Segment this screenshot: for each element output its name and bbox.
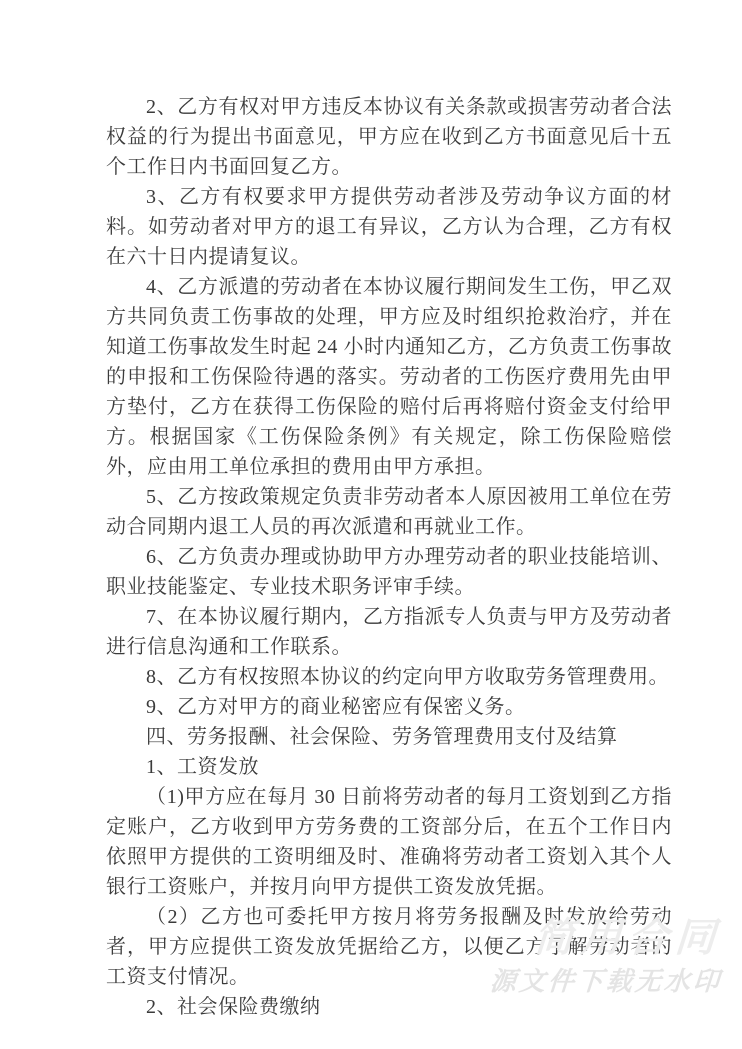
paragraph: 7、在本协议履行期内，乙方指派专人负责与甲方及劳动者进行信息沟通和工作联系。 bbox=[106, 602, 672, 662]
paragraph: （2）乙方也可委托甲方按月将劳务报酬及时发放给劳动者，甲方应提供工资发放凭据给乙… bbox=[106, 902, 672, 992]
paragraph: （1)甲方应在每月 30 日前将劳动者的每月工资划到乙方指定账户，乙方收到甲方劳… bbox=[106, 782, 672, 902]
paragraph: 4、乙方派遣的劳动者在本协议履行期间发生工伤，甲乙双方共同负责工伤事故的处理，甲… bbox=[106, 272, 672, 482]
paragraph: 8、乙方有权按照本协议的约定向甲方收取劳务管理费用。 bbox=[106, 662, 672, 692]
paragraph: 2、社会保险费缴纳 bbox=[106, 992, 672, 1022]
contract-page: 2、乙方有权对甲方违反本协议有关条款或损害劳动者合法权益的行为提出书面意见，甲方… bbox=[0, 0, 742, 1049]
paragraph: 2、乙方有权对甲方违反本协议有关条款或损害劳动者合法权益的行为提出书面意见，甲方… bbox=[106, 92, 672, 182]
paragraph: 6、乙方负责办理或协助甲方办理劳动者的职业技能培训、职业技能鉴定、专业技术职务评… bbox=[106, 542, 672, 602]
paragraph: 3、乙方有权要求甲方提供劳动者涉及劳动争议方面的材料。如劳动者对甲方的退工有异议… bbox=[106, 182, 672, 272]
paragraph: 四、劳务报酬、社会保险、劳务管理费用支付及结算 bbox=[106, 722, 672, 752]
contract-text-body: 2、乙方有权对甲方违反本协议有关条款或损害劳动者合法权益的行为提出书面意见，甲方… bbox=[106, 92, 672, 1022]
paragraph: 5、乙方按政策规定负责非劳动者本人原因被用工单位在劳动合同期内退工人员的再次派遣… bbox=[106, 482, 672, 542]
paragraph: 1、工资发放 bbox=[106, 752, 672, 782]
paragraph: 9、乙方对甲方的商业秘密应有保密义务。 bbox=[106, 692, 672, 722]
